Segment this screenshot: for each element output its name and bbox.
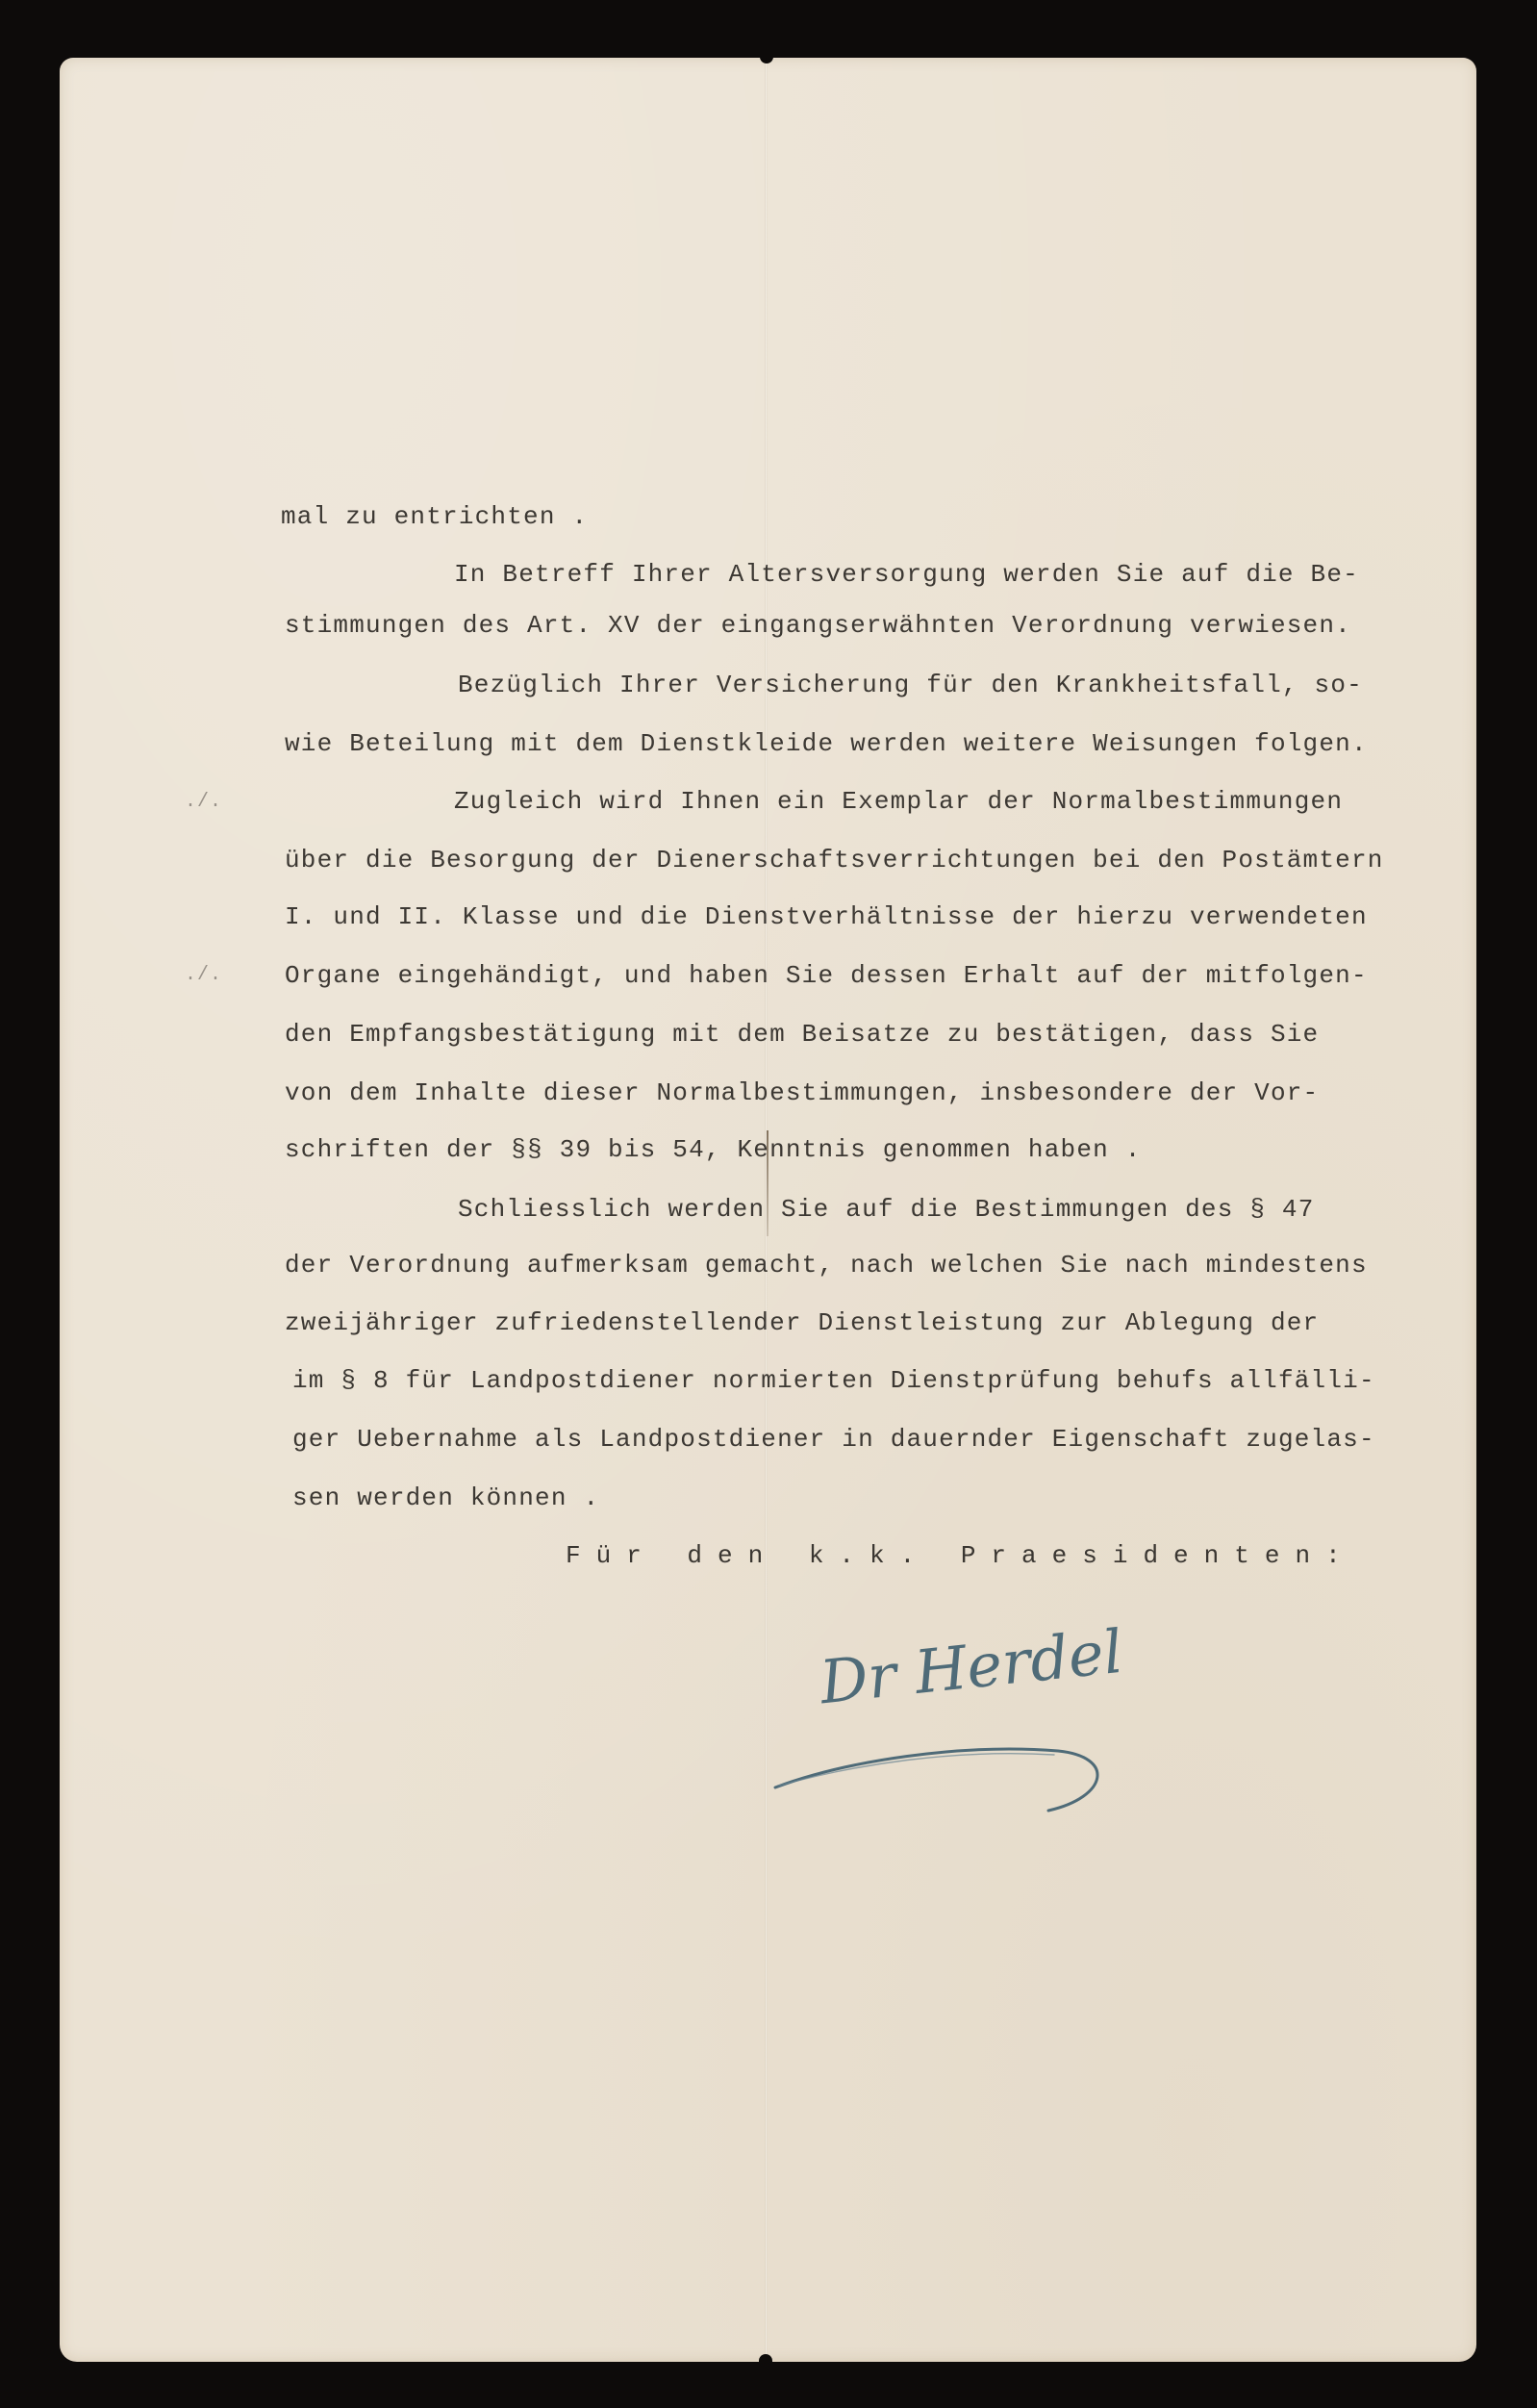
text-line-12: schriften der §§ 39 bis 54, Kenntnis gen… bbox=[285, 1135, 1142, 1164]
page-notch-bottom bbox=[759, 2354, 772, 2366]
text-line-16: im § 8 für Landpostdiener normierten Die… bbox=[292, 1366, 1375, 1395]
text-line-14: der Verordnung aufmerksam gemacht, nach … bbox=[285, 1251, 1368, 1280]
text-line-9: Organe eingehändigt, und haben Sie desse… bbox=[285, 961, 1368, 990]
closing-line: Für den k.k. Praesidenten: bbox=[566, 1541, 1356, 1570]
text-line-18: sen werden können . bbox=[292, 1483, 599, 1512]
text-line-11: von dem Inhalte dieser Normalbestimmunge… bbox=[285, 1078, 1319, 1107]
text-line-15: zweijähriger zufriedenstellender Dienstl… bbox=[285, 1308, 1319, 1337]
text-line-1: mal zu entrichten . bbox=[281, 502, 588, 531]
text-line-3: stimmungen des Art. XV der eingangserwäh… bbox=[285, 611, 1351, 640]
text-line-6: Zugleich wird Ihnen ein Exemplar der Nor… bbox=[454, 787, 1343, 816]
margin-mark-enclosure-1: ./. bbox=[185, 791, 222, 813]
text-line-13: Schliesslich werden Sie auf die Bestimmu… bbox=[458, 1195, 1315, 1224]
text-line-17: ger Uebernahme als Landpostdiener in dau… bbox=[292, 1425, 1375, 1454]
margin-mark-enclosure-2: ./. bbox=[185, 964, 222, 986]
text-line-5: wie Beteilung mit dem Dienstkleide werde… bbox=[285, 729, 1368, 758]
text-line-7: über die Besorgung der Dienerschaftsverr… bbox=[285, 846, 1384, 874]
signature-flourish-icon bbox=[769, 1722, 1116, 1818]
text-line-4: Bezüglich Ihrer Versicherung für den Kra… bbox=[458, 671, 1363, 699]
text-line-2: In Betreff Ihrer Altersversorgung werden… bbox=[454, 560, 1359, 589]
page-notch-top bbox=[760, 54, 773, 63]
text-line-10: den Empfangsbestätigung mit dem Beisatze… bbox=[285, 1020, 1319, 1049]
text-line-8: I. und II. Klasse und die Dienstverhältn… bbox=[285, 902, 1368, 931]
